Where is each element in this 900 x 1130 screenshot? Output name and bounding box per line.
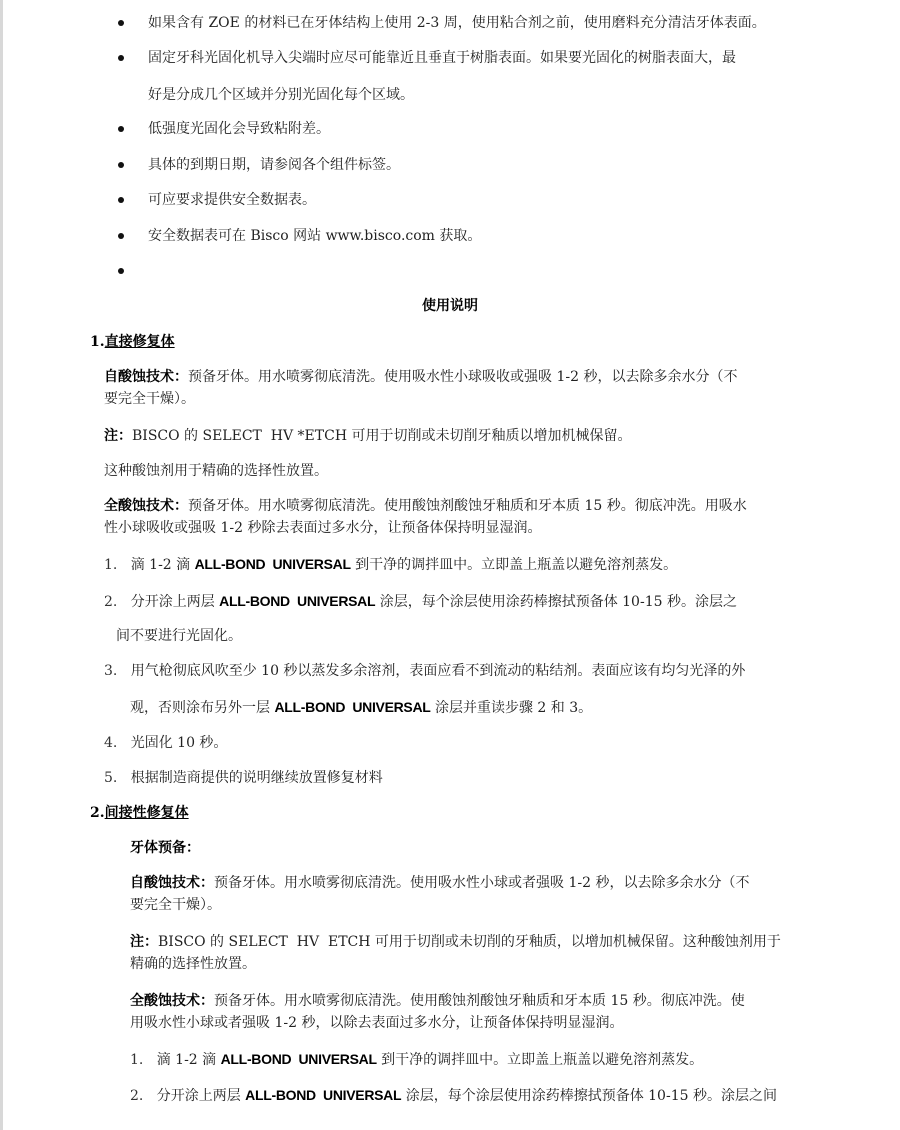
self-etch-line1: 自酸蚀技术：预备牙体。用水喷雾彻底清洗。使用吸水性小球吸收或强吸 1-2 秒，以…: [104, 368, 737, 386]
step-text: 根据制造商提供的说明继续放置修复材料: [131, 770, 383, 786]
note-text: BISCO 的 SELECT HV *ETCH 可用于切削或未切削牙釉质以增加机…: [132, 428, 631, 444]
product-name: ALL-BOND UNIVERSAL: [221, 1051, 377, 1067]
note-label: 注：: [130, 934, 158, 950]
heading-number: 1.: [90, 334, 105, 350]
step-2-cont: 间不要进行光固化。: [116, 627, 242, 645]
bullet-icon: [118, 20, 124, 26]
step-3-cont: 观，否则涂布另外一层 ALL-BOND UNIVERSAL 涂层并重读步骤 2 …: [130, 698, 592, 717]
step-number: 2.: [104, 594, 117, 610]
step-text: 涂层，每个涂层使用涂药棒擦拭预备体 10-15 秒。涂层之: [375, 594, 737, 610]
section2-heading: 2.间接性修复体: [90, 804, 189, 822]
bullet-icon: [118, 55, 124, 61]
heading-number: 2.: [90, 805, 105, 821]
self-etch-text: 预备牙体。用水喷雾彻底清洗。使用吸水性小球吸收或强吸 1-2 秒，以去除多余水分…: [188, 369, 737, 385]
bullet-text: 具体的到期日期，请参阅各个组件标签。: [148, 156, 400, 174]
heading-text: 间接性修复体: [105, 805, 189, 821]
note-label: 注：: [104, 428, 132, 444]
bullet-icon: [118, 233, 124, 239]
bullet-text: 安全数据表可在 Bisco 网站 www.bisco.com 获取。: [148, 227, 481, 245]
step-text: 涂层并重读步骤 2 和 3。: [431, 700, 593, 716]
self-etch-label: 自酸蚀技术：: [104, 369, 188, 385]
step-text: 分开涂上两层: [131, 594, 219, 610]
note-line1: 注：BISCO 的 SELECT HV ETCH 可用于切削或未切削的牙釉质，以…: [130, 933, 781, 951]
step-text: 分开涂上两层: [157, 1088, 245, 1104]
bullet-icon: [118, 162, 124, 168]
self-etch-label: 自酸蚀技术：: [130, 875, 214, 891]
bullet-icon: [118, 268, 124, 274]
total-etch-label: 全酸蚀技术：: [104, 498, 188, 514]
heading-text: 直接修复体: [105, 334, 175, 350]
step-3: 3. 用气枪彻底风吹至少 10 秒以蒸发多余溶剂，表面应看不到流动的粘结剂。表面…: [104, 662, 745, 680]
step-number: 3.: [104, 663, 117, 679]
total-etch-line2: 用吸水性小球或者强吸 1-2 秒，以除去表面过多水分，让预备体保持明显湿润。: [130, 1014, 623, 1032]
step-text: 到干净的调拌皿中。立即盖上瓶盖以避免溶剂蒸发。: [377, 1052, 703, 1068]
step-text: 滴 1-2 滴: [131, 557, 195, 573]
step-4: 4. 光固化 10 秒。: [104, 734, 227, 752]
note-line: 注：BISCO 的 SELECT HV *ETCH 可用于切削或未切削牙釉质以增…: [104, 427, 631, 445]
self-etch-text: 预备牙体。用水喷雾彻底清洗。使用吸水性小球或者强吸 1-2 秒，以去除多余水分（…: [214, 875, 749, 891]
product-name: ALL-BOND UNIVERSAL: [219, 593, 375, 609]
bullet-icon: [118, 197, 124, 203]
step-1: 1. 滴 1-2 滴 ALL-BOND UNIVERSAL 到干净的调拌皿中。立…: [130, 1050, 703, 1069]
total-etch-text: 预备牙体。用水喷雾彻底清洗。使用酸蚀剂酸蚀牙釉质和牙本质 15 秒。彻底冲洗。用…: [188, 498, 747, 514]
total-etch-line1: 全酸蚀技术：预备牙体。用水喷雾彻底清洗。使用酸蚀剂酸蚀牙釉质和牙本质 15 秒。…: [104, 497, 747, 515]
step-5: 5. 根据制造商提供的说明继续放置修复材料: [104, 769, 383, 787]
note2-line: 这种酸蚀剂用于精确的选择性放置。: [104, 462, 328, 480]
step-number: 1.: [130, 1052, 143, 1068]
step-number: 5.: [104, 770, 117, 786]
step-text: 涂层，每个涂层使用涂药棒擦拭预备体 10-15 秒。涂层之间: [401, 1088, 777, 1104]
total-etch-line1: 全酸蚀技术：预备牙体。用水喷雾彻底清洗。使用酸蚀剂酸蚀牙釉质和牙本质 15 秒。…: [130, 992, 745, 1010]
page-border: [0, 0, 3, 1130]
total-etch-label: 全酸蚀技术：: [130, 993, 214, 1009]
step-number: 1.: [104, 557, 117, 573]
product-name: ALL-BOND UNIVERSAL: [195, 556, 351, 572]
step-text: 到干净的调拌皿中。立即盖上瓶盖以避免溶剂蒸发。: [351, 557, 677, 573]
step-1: 1. 滴 1-2 滴 ALL-BOND UNIVERSAL 到干净的调拌皿中。立…: [104, 555, 677, 574]
step-text: 滴 1-2 滴: [157, 1052, 221, 1068]
bullet-icon: [118, 126, 124, 132]
note-text: BISCO 的 SELECT HV ETCH 可用于切削或未切削的牙釉质，以增加…: [158, 934, 781, 950]
bullet-text-cont: 好是分成几个区域并分别光固化每个区域。: [148, 86, 414, 104]
self-etch-line1: 自酸蚀技术：预备牙体。用水喷雾彻底清洗。使用吸水性小球或者强吸 1-2 秒，以去…: [130, 874, 749, 892]
step-text: 光固化 10 秒。: [131, 735, 228, 751]
total-etch-line2: 性小球吸收或强吸 1-2 秒除去表面过多水分，让预备体保持明显湿润。: [104, 519, 541, 537]
bullet-text: 如果含有 ZOE 的材料已在牙体结构上使用 2-3 周，使用粘合剂之前，使用磨料…: [148, 14, 766, 32]
bullet-text: 固定牙科光固化机导入尖端时应尽可能靠近且垂直于树脂表面。如果要光固化的树脂表面大…: [148, 49, 736, 67]
step-text: 用气枪彻底风吹至少 10 秒以蒸发多余溶剂，表面应看不到流动的粘结剂。表面应该有…: [131, 663, 746, 679]
total-etch-text: 预备牙体。用水喷雾彻底清洗。使用酸蚀剂酸蚀牙釉质和牙本质 15 秒。彻底冲洗。使: [214, 993, 745, 1009]
note-line2: 精确的选择性放置。: [130, 955, 256, 973]
step-2: 2. 分开涂上两层 ALL-BOND UNIVERSAL 涂层，每个涂层使用涂药…: [104, 592, 737, 611]
section1-heading: 1.直接修复体: [90, 333, 175, 351]
step-number: 4.: [104, 735, 117, 751]
step-text: 观，否则涂布另外一层: [130, 700, 274, 716]
step-number: 2.: [130, 1088, 143, 1104]
bullet-text: 低强度光固化会导致粘附差。: [148, 120, 330, 138]
product-name: ALL-BOND UNIVERSAL: [274, 699, 430, 715]
prep-label: 牙体预备：: [130, 839, 200, 857]
product-name: ALL-BOND UNIVERSAL: [245, 1087, 401, 1103]
section-title: 使用说明: [0, 297, 900, 315]
bullet-text: 可应要求提供安全数据表。: [148, 191, 316, 209]
self-etch-line2: 要完全干燥）。: [130, 896, 221, 914]
self-etch-line2: 要完全干燥）。: [104, 390, 195, 408]
step-2: 2. 分开涂上两层 ALL-BOND UNIVERSAL 涂层，每个涂层使用涂药…: [130, 1086, 777, 1105]
